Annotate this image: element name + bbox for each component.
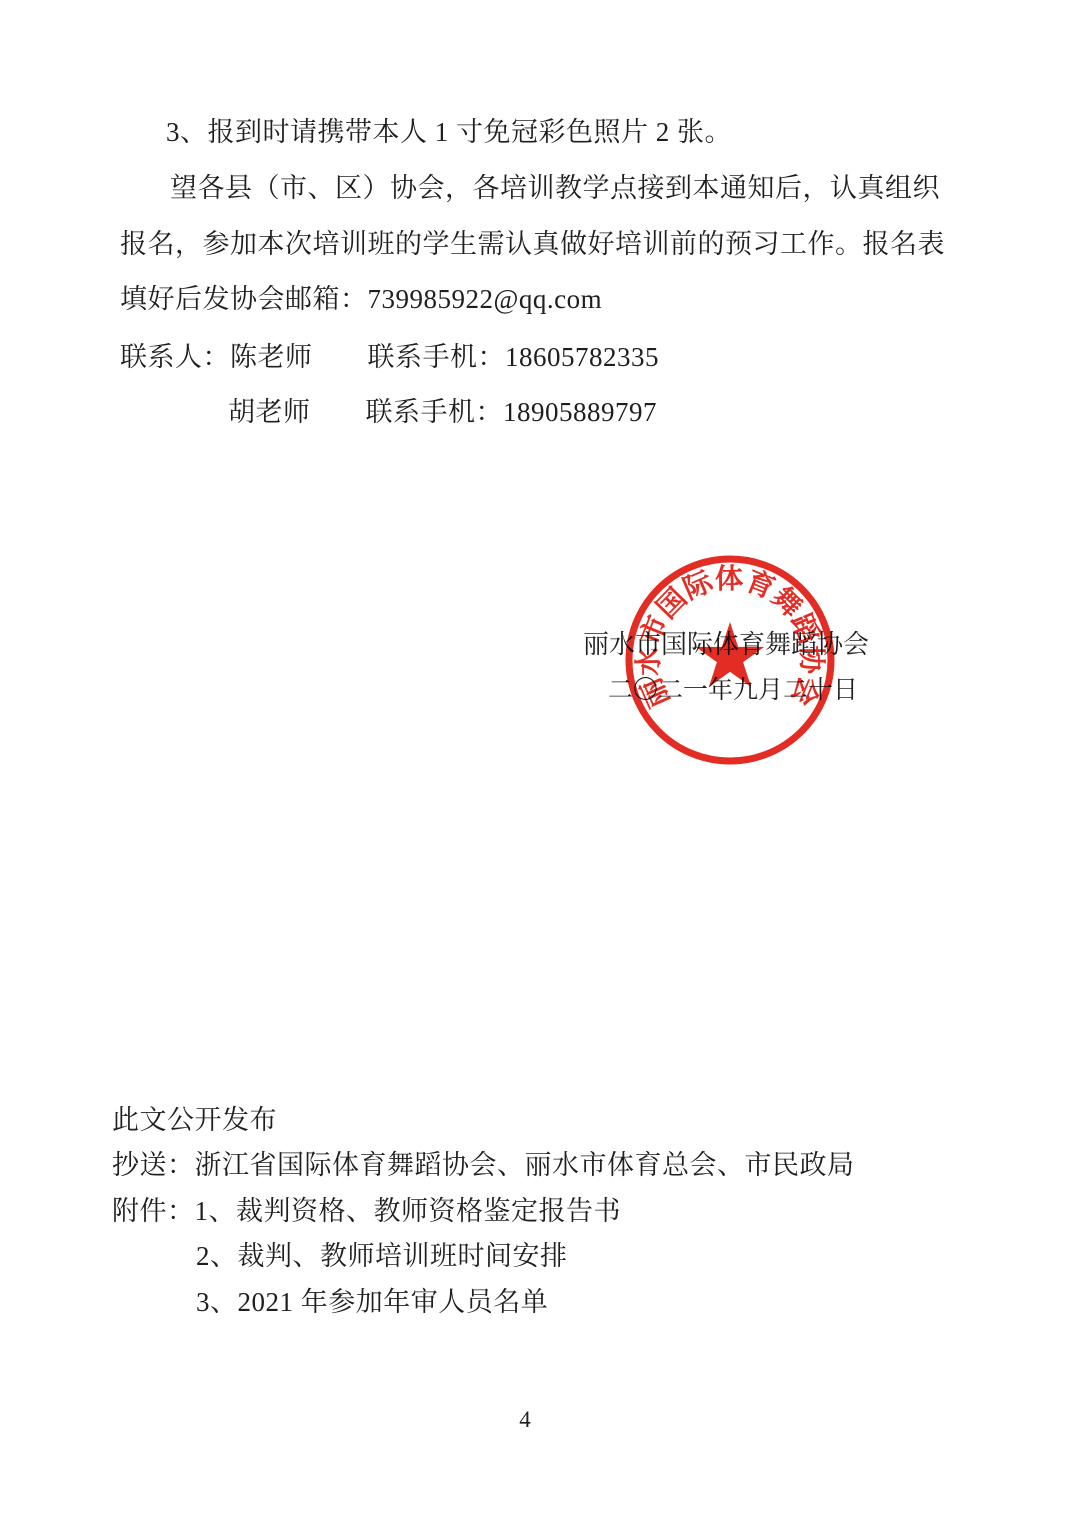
body-line: 报名，参加本次培训班的学生需认真做好培训前的预习工作。报名表: [120, 227, 945, 261]
contact-line: 胡老师 联系手机：18905889797: [228, 395, 657, 429]
page-number: 4: [505, 1406, 545, 1434]
seal-star-icon: [696, 622, 764, 687]
footer-line-public-release: 此文公开发布: [112, 1103, 277, 1137]
footer-line-cc: 抄送：浙江省国际体育舞蹈协会、丽水市体育总会、市民政局: [112, 1148, 855, 1182]
contact-line: 联系人：陈老师 联系手机：18605782335: [120, 340, 659, 374]
body-line: 3、报到时请携带本人 1 寸免冠彩色照片 2 张。: [166, 115, 732, 149]
official-seal: 丽水市国际体育舞蹈协会: [590, 520, 870, 800]
body-line: 望各县（市、区）协会，各培训教学点接到本通知后，认真组织: [170, 171, 940, 205]
body-line-email: 填好后发协会邮箱：739985922@qq.com: [120, 282, 602, 316]
footer-line-attachment-3: 3、2021 年参加年审人员名单: [196, 1285, 548, 1319]
footer-line-attachment-1: 附件：1、裁判资格、教师资格鉴定报告书: [112, 1194, 621, 1228]
document-page: 3、报到时请携带本人 1 寸免冠彩色照片 2 张。 望各县（市、区）协会，各培训…: [0, 0, 1080, 1528]
footer-line-attachment-2: 2、裁判、教师培训班时间安排: [196, 1239, 568, 1273]
